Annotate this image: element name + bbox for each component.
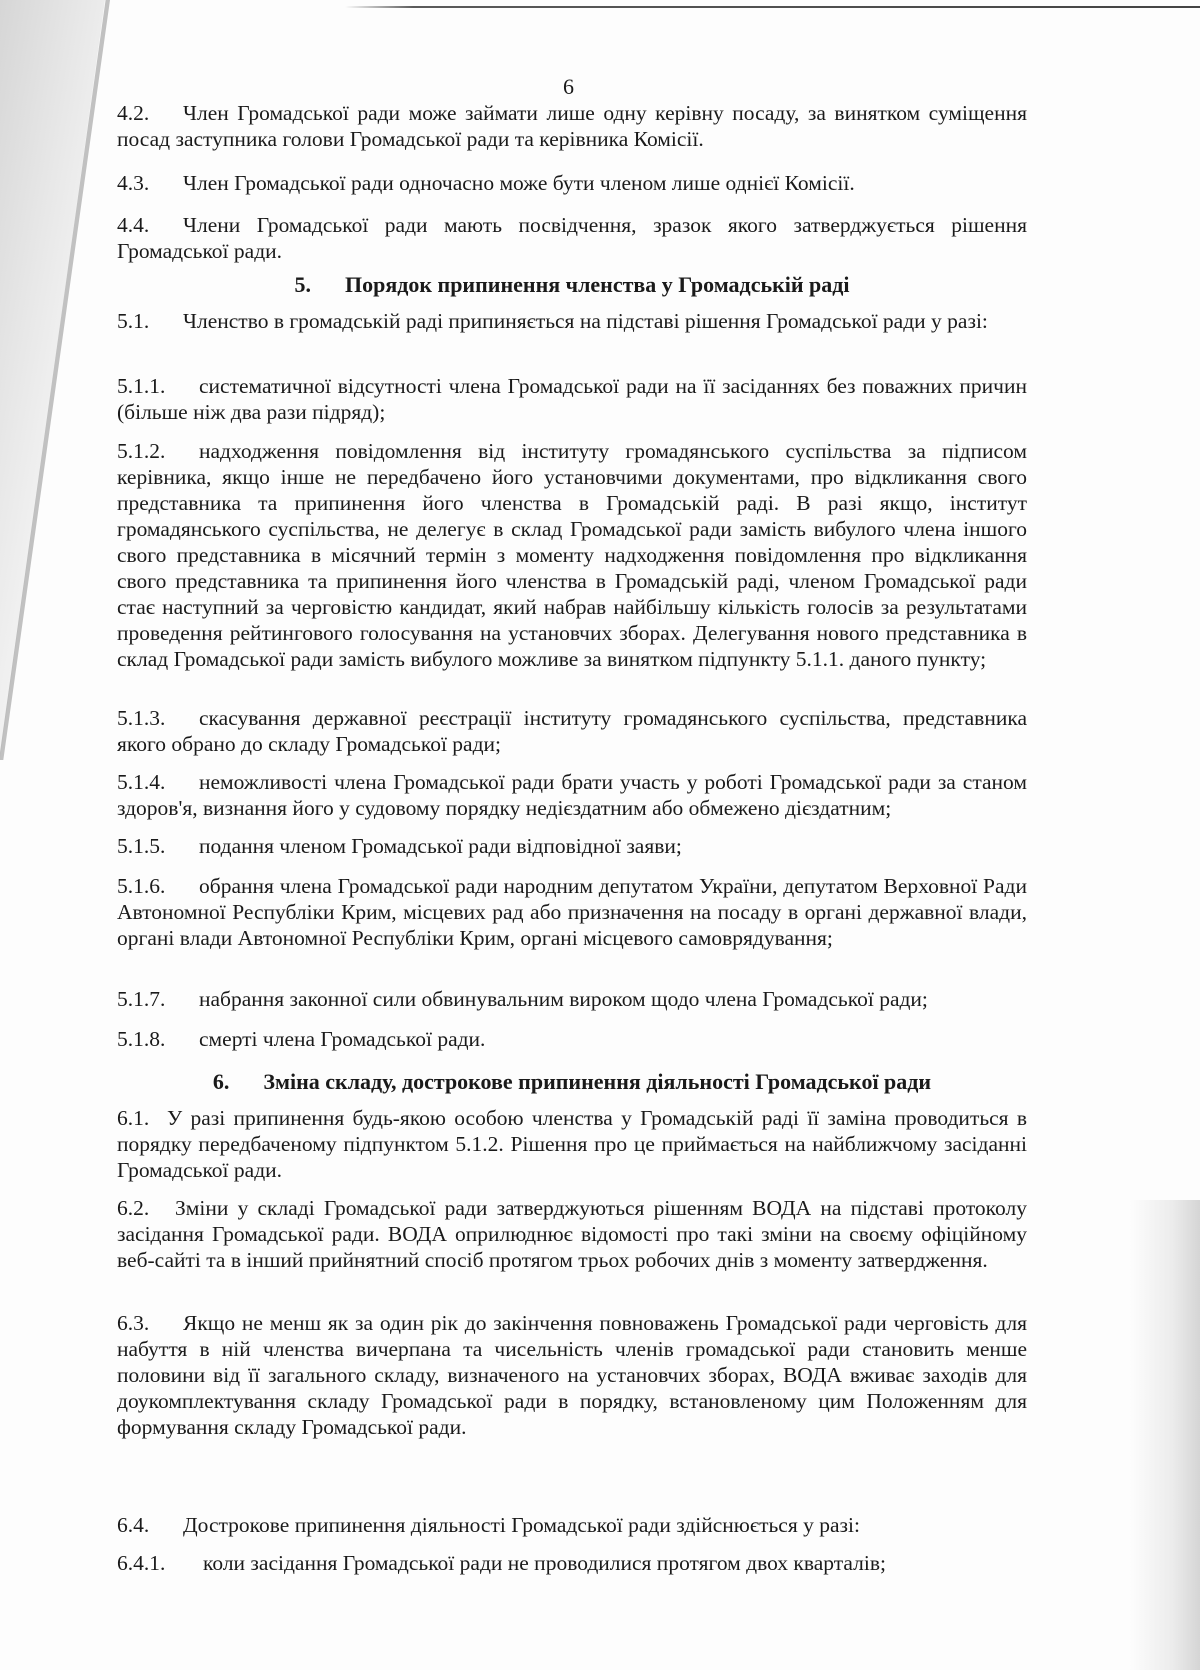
paragraph-number: 4.4.	[117, 212, 183, 238]
paragraph-6-2: 6.2.Зміни у складі Громадської ради затв…	[117, 1195, 1027, 1273]
paragraph-6-4: 6.4.Дострокове припинення діяльності Гро…	[117, 1512, 1027, 1538]
heading-number: 5.	[294, 272, 311, 298]
paragraph-text: обрання члена Громадської ради народним …	[117, 874, 1027, 950]
scan-edge-line	[345, 6, 1200, 8]
paragraph-number: 6.4.1.	[117, 1550, 203, 1576]
paragraph-text: подання членом Громадської ради відповід…	[199, 834, 682, 858]
paragraph-4-2: 4.2.Член Громадської ради може займати л…	[117, 100, 1027, 152]
paragraph-number: 5.1.7.	[117, 986, 199, 1012]
paragraph-text: систематичної відсутності члена Громадсь…	[117, 374, 1027, 424]
heading-text: Зміна складу, дострокове припинення діял…	[263, 1069, 931, 1094]
page-number: 6	[563, 74, 574, 100]
paragraph-text: скасування державної реєстрації інститут…	[117, 706, 1027, 756]
paragraph-text: Зміни у складі Громадської ради затвердж…	[117, 1196, 1027, 1272]
paragraph-text: неможливості члена Громадської ради брат…	[117, 770, 1027, 820]
paragraph-6-4-1: 6.4.1.коли засідання Громадської ради не…	[117, 1550, 1027, 1576]
paragraph-4-4: 4.4.Члени Громадської ради мають посвідч…	[117, 212, 1027, 264]
scan-shadow-artifact	[1130, 1200, 1200, 1670]
paragraph-number: 5.1.4.	[117, 769, 199, 795]
heading-number: 6.	[213, 1069, 230, 1095]
paragraph-5-1-7: 5.1.7.набрання законної сили обвинувальн…	[117, 986, 1027, 1012]
paragraph-text: надходження повідомлення від інституту г…	[117, 439, 1027, 671]
paragraph-5-1: 5.1.Членство в громадській раді припиняє…	[117, 308, 1027, 334]
paragraph-5-1-8: 5.1.8.смерті члена Громадської ради.	[117, 1026, 1027, 1052]
paragraph-number: 6.4.	[117, 1512, 183, 1538]
paragraph-number: 5.1.	[117, 308, 183, 334]
section-heading-5: 5.Порядок припинення членства у Громадсь…	[117, 272, 1027, 298]
paragraph-number: 5.1.8.	[117, 1026, 199, 1052]
paragraph-6-3: 6.3.Якщо не менш як за один рік до закін…	[117, 1310, 1027, 1440]
paragraph-5-1-4: 5.1.4.неможливості члена Громадської рад…	[117, 769, 1027, 821]
paragraph-number: 6.2.	[117, 1195, 175, 1221]
paragraph-number: 6.3.	[117, 1310, 183, 1336]
scanned-page: 6 4.2.Член Громадської ради може займати…	[0, 0, 1200, 1670]
paragraph-text: Члени Громадської ради мають посвідчення…	[117, 213, 1027, 263]
paragraph-text: Дострокове припинення діяльності Громадс…	[183, 1513, 860, 1537]
paragraph-5-1-1: 5.1.1.систематичної відсутності члена Гр…	[117, 373, 1027, 425]
paragraph-text: Член Громадської ради може займати лише …	[117, 101, 1027, 151]
paragraph-text: коли засідання Громадської ради не прово…	[203, 1551, 886, 1575]
paragraph-5-1-3: 5.1.3.скасування державної реєстрації ін…	[117, 705, 1027, 757]
paragraph-number: 5.1.6.	[117, 873, 199, 899]
paragraph-number: 5.1.2.	[117, 438, 199, 464]
paragraph-number: 6.1.	[117, 1105, 167, 1131]
section-heading-6: 6.Зміна складу, дострокове припинення ді…	[117, 1069, 1027, 1095]
paragraph-5-1-6: 5.1.6.обрання члена Громадської ради нар…	[117, 873, 1027, 951]
paragraph-number: 5.1.3.	[117, 705, 199, 731]
paragraph-text: Член Громадської ради одночасно може бут…	[183, 171, 855, 195]
paragraph-6-1: 6.1.У разі припинення будь-якою особою ч…	[117, 1105, 1027, 1183]
paragraph-5-1-5: 5.1.5.подання членом Громадської ради ві…	[117, 833, 1027, 859]
paragraph-5-1-2: 5.1.2.надходження повідомлення від інсти…	[117, 438, 1027, 672]
paragraph-text: У разі припинення будь-якою особою членс…	[117, 1106, 1027, 1182]
paragraph-text: смерті члена Громадської ради.	[199, 1027, 485, 1051]
paragraph-number: 5.1.5.	[117, 833, 199, 859]
heading-text: Порядок припинення членства у Громадські…	[345, 272, 850, 297]
paragraph-text: Якщо не менш як за один рік до закінченн…	[117, 1311, 1027, 1439]
paragraph-text: набрання законної сили обвинувальним вир…	[199, 987, 928, 1011]
paragraph-text: Членство в громадській раді припиняється…	[183, 309, 988, 333]
paragraph-4-3: 4.3.Член Громадської ради одночасно може…	[117, 170, 1027, 196]
paragraph-number: 5.1.1.	[117, 373, 199, 399]
paragraph-number: 4.3.	[117, 170, 183, 196]
paragraph-number: 4.2.	[117, 100, 183, 126]
